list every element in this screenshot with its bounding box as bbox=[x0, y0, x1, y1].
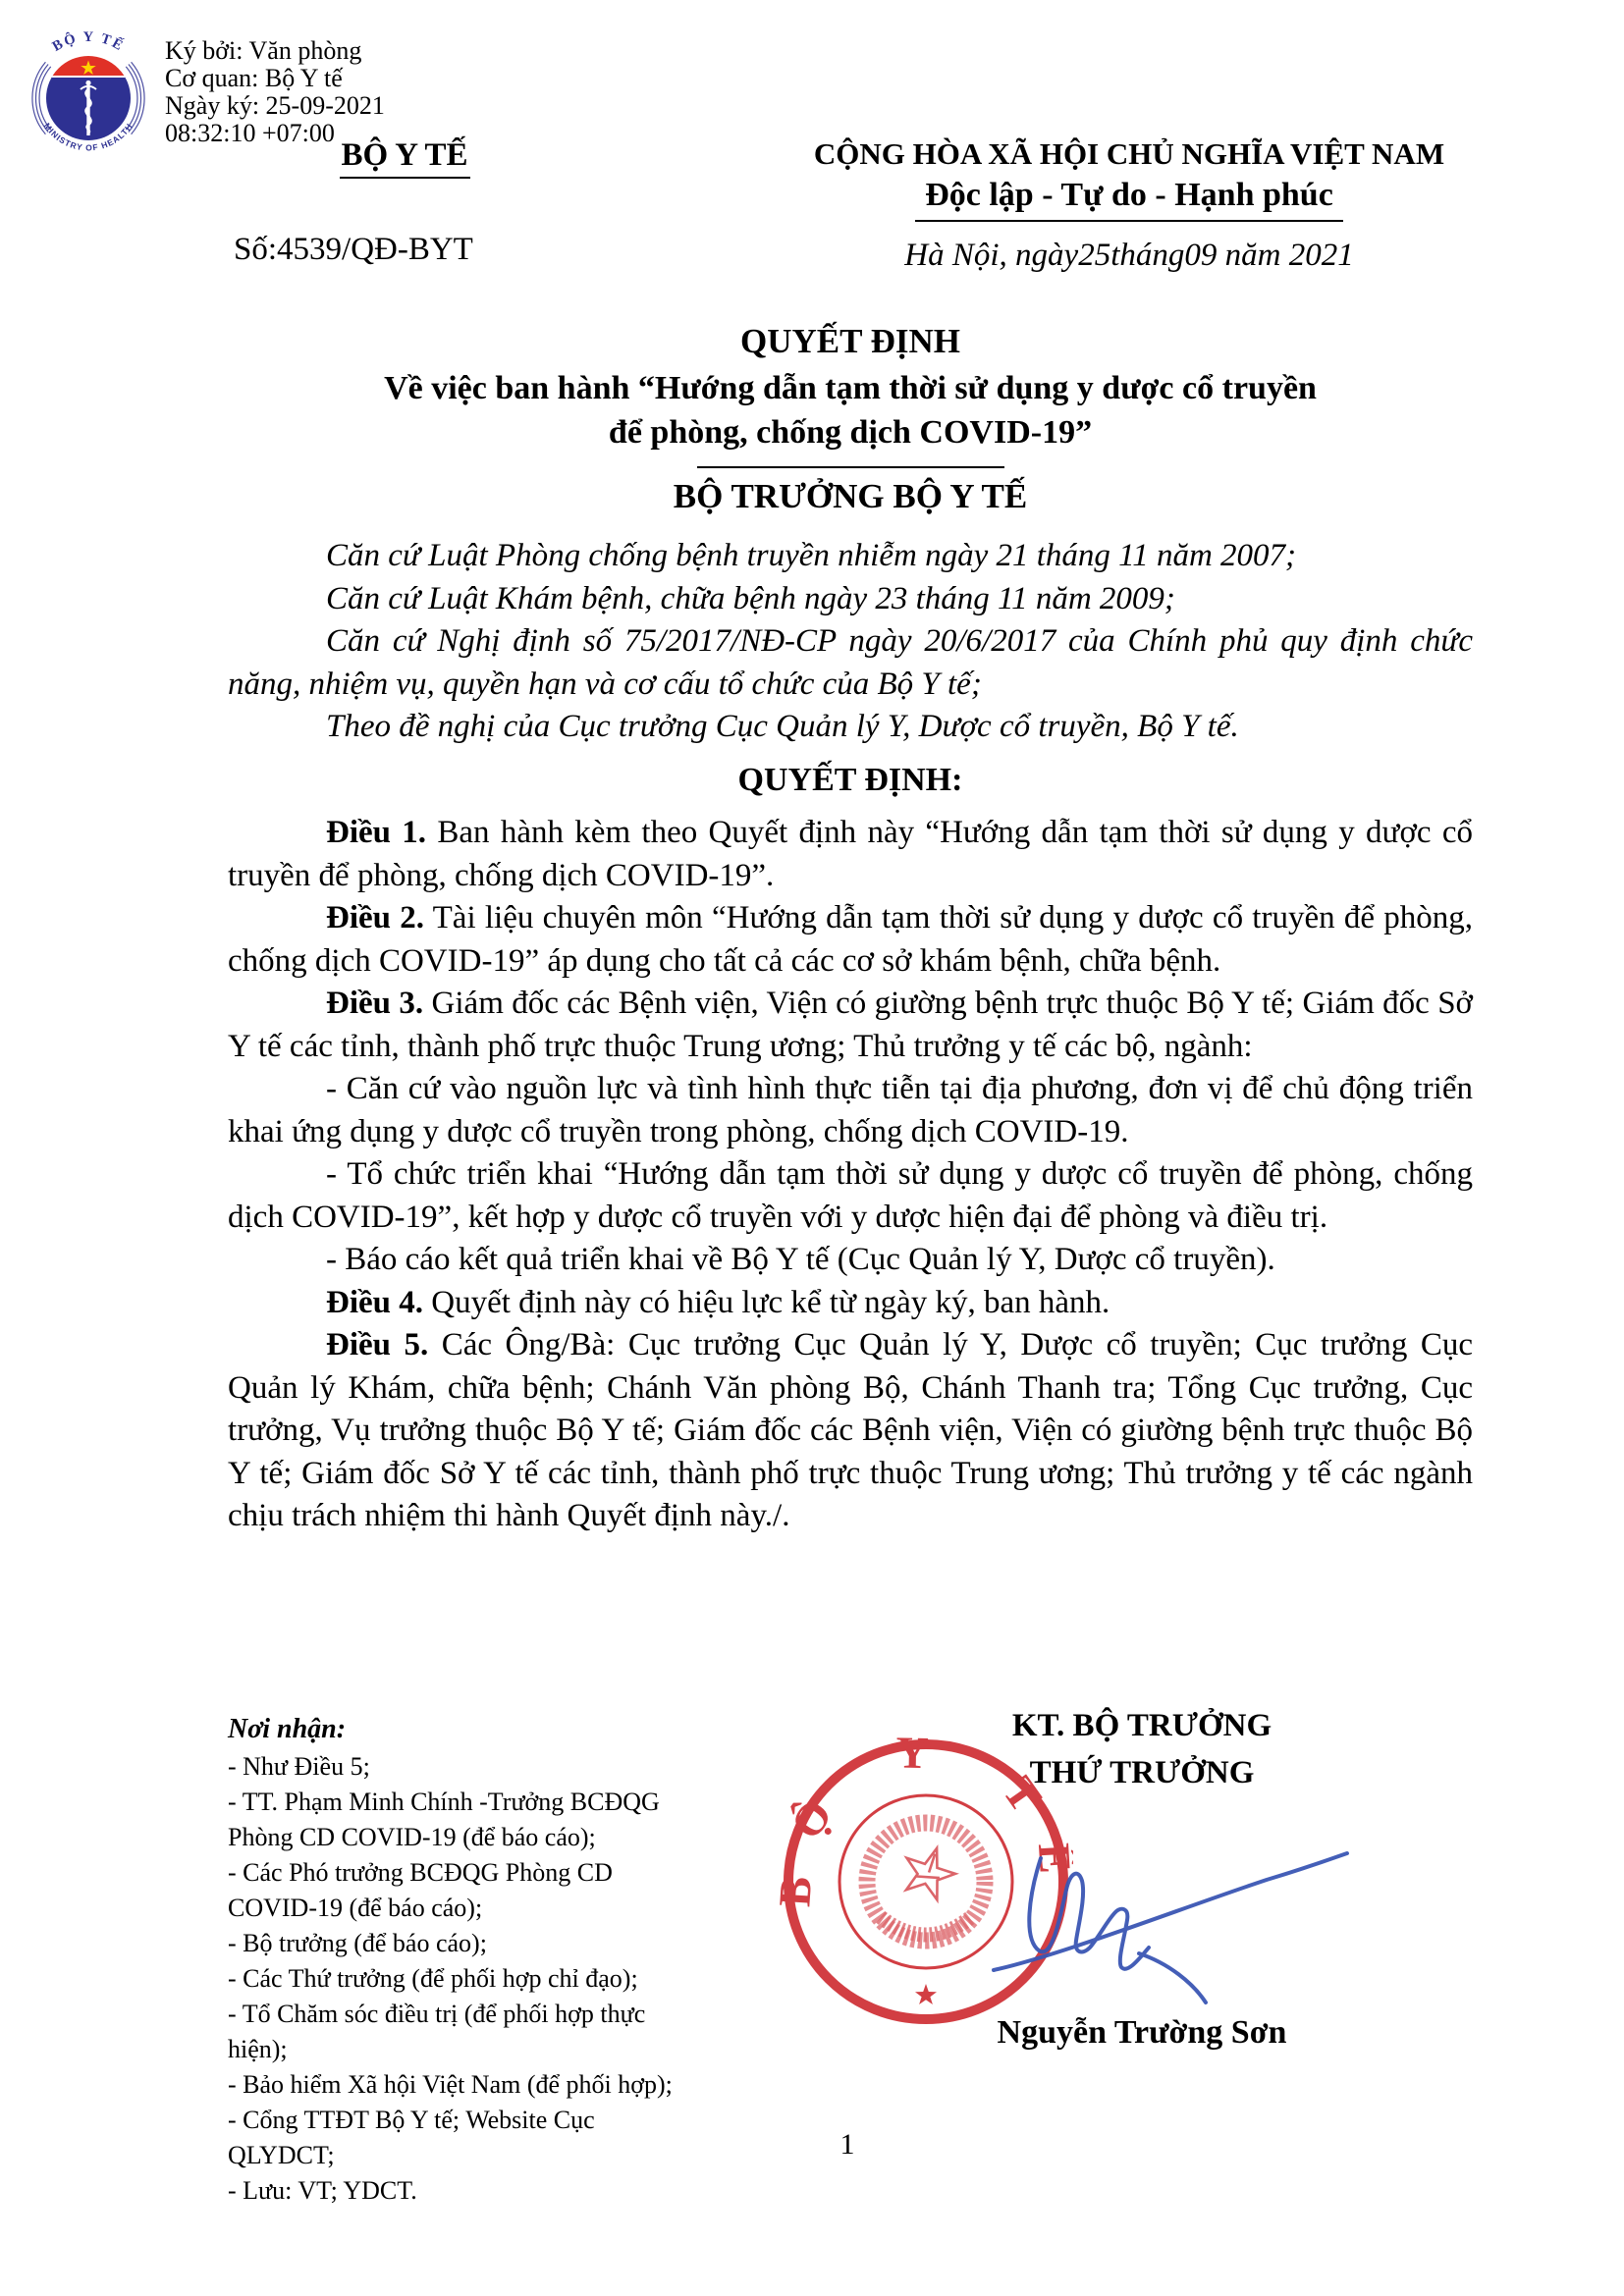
article-4: Điều 4. Quyết định này có hiệu lực kể từ… bbox=[228, 1282, 1473, 1325]
article-3: Điều 3. Giám đốc các Bệnh viện, Viện có … bbox=[228, 983, 1473, 1068]
esign-agency: Cơ quan: Bộ Y tế bbox=[165, 65, 385, 92]
document-title-block: QUYẾT ĐỊNH Về việc ban hành “Hướng dẫn t… bbox=[228, 321, 1473, 517]
recipient-item: - Bảo hiểm Xã hội Việt Nam (để phối hợp)… bbox=[228, 2067, 689, 2103]
decision-heading: QUYẾT ĐỊNH: bbox=[228, 759, 1473, 802]
recipient-item: - Các Phó trưởng BCĐQG Phòng CD COVID-19… bbox=[228, 1855, 689, 1926]
deputy-for-minister: KT. BỘ TRƯỞNG bbox=[887, 1702, 1397, 1749]
recipient-item: - TT. Phạm Minh Chính -Trưởng BCĐQG Phòn… bbox=[228, 1785, 689, 1855]
article-3-bullet: - Tổ chức triển khai “Hướng dẫn tạm thời… bbox=[228, 1153, 1473, 1239]
article-4-lead: Điều 4. bbox=[326, 1285, 423, 1320]
stamp-star-icon bbox=[915, 1984, 937, 2004]
document-subject-line2: để phòng, chống dịch COVID-19” bbox=[228, 410, 1473, 454]
recipient-item: - Như Điều 5; bbox=[228, 1749, 689, 1785]
article-1-lead: Điều 1. bbox=[326, 815, 426, 850]
document-subject-line1: Về việc ban hành “Hướng dẫn tạm thời sử … bbox=[228, 366, 1473, 410]
bullet-text: - Căn cứ vào nguồn lực và tình hình thực… bbox=[228, 1071, 1473, 1149]
preamble-paragraph: Căn cứ Luật Phòng chống bệnh truyền nhiễ… bbox=[228, 535, 1473, 578]
article-1: Điều 1. Ban hành kèm theo Quyết định này… bbox=[228, 812, 1473, 897]
national-motto: Độc lập - Tự do - Hạnh phúc bbox=[805, 177, 1453, 222]
document-number: Số:4539/QĐ-BYT bbox=[234, 232, 473, 268]
page-number: 1 bbox=[808, 2128, 887, 2162]
preamble-paragraph: Căn cứ Nghị định số 75/2017/NĐ-CP ngày 2… bbox=[228, 620, 1473, 706]
esign-date: Ngày ký: 25-09-2021 bbox=[165, 92, 385, 120]
title-divider bbox=[697, 466, 1004, 468]
digital-signature-info: Ký bởi: Văn phòng Cơ quan: Bộ Y tế Ngày … bbox=[165, 37, 385, 147]
esign-signed-by: Ký bởi: Văn phòng bbox=[165, 37, 385, 65]
ministry-of-health-logo: BỘ Y TẾ MINISTRY OF HEALTH bbox=[20, 27, 162, 165]
bullet-text: - Tổ chức triển khai “Hướng dẫn tạm thời… bbox=[228, 1156, 1473, 1235]
bullet-text: - Báo cáo kết quả triển khai về Bộ Y tế … bbox=[326, 1242, 1275, 1277]
recipients-block: Nơi nhận: - Như Điều 5; - TT. Phạm Minh … bbox=[228, 1710, 689, 2209]
national-header: CỘNG HÒA XÃ HỘI CHỦ NGHĨA VIỆT NAM Độc l… bbox=[805, 137, 1453, 274]
document-body: Căn cứ Luật Phòng chống bệnh truyền nhiễ… bbox=[228, 535, 1473, 1538]
article-3-bullet: - Báo cáo kết quả triển khai về Bộ Y tế … bbox=[228, 1239, 1473, 1282]
article-2: Điều 2. Tài liệu chuyên môn “Hướng dẫn t… bbox=[228, 897, 1473, 983]
recipient-item: - Lưu: VT; YDCT. bbox=[228, 2173, 689, 2209]
signer-title: THỨ TRƯỞNG bbox=[887, 1749, 1397, 1796]
article-5: Điều 5. Các Ông/Bà: Cục trưởng Cục Quản … bbox=[228, 1324, 1473, 1538]
recipient-item: - Các Thứ trưởng (để phối hợp chỉ đạo); bbox=[228, 1961, 689, 1997]
handwritten-signature bbox=[972, 1821, 1375, 2027]
issuing-agency-name: BỘ Y TẾ bbox=[340, 137, 470, 179]
svg-text:BỘ Y TẾ: BỘ Y TẾ bbox=[50, 29, 128, 55]
logo-top-caption: BỘ Y TẾ bbox=[50, 29, 128, 55]
national-title: CỘNG HÒA XÃ HỘI CHỦ NGHĨA VIỆT NAM bbox=[805, 137, 1453, 171]
document-kind: QUYẾT ĐỊNH bbox=[228, 321, 1473, 362]
recipient-item: - Bộ trưởng (để báo cáo); bbox=[228, 1926, 689, 1961]
signer-name: Nguyễn Trường Sơn bbox=[887, 2014, 1397, 2052]
recipients-label: Nơi nhận: bbox=[228, 1710, 689, 1749]
preamble-paragraph: Theo đề nghị của Cục trưởng Cục Quản lý … bbox=[228, 706, 1473, 749]
issuing-authority: BỘ TRƯỞNG BỘ Y TẾ bbox=[228, 476, 1473, 517]
national-motto-text: Độc lập - Tự do - Hạnh phúc bbox=[915, 177, 1343, 222]
recipient-item: - Tổ Chăm sóc điều trị (để phối hợp thực… bbox=[228, 1997, 689, 2067]
recipient-item: - Cổng TTĐT Bộ Y tế; Website Cục QLYDCT; bbox=[228, 2103, 689, 2173]
issuing-agency: BỘ Y TẾ bbox=[306, 137, 503, 179]
article-3-lead: Điều 3. bbox=[326, 986, 423, 1021]
article-3-bullet: - Căn cứ vào nguồn lực và tình hình thực… bbox=[228, 1068, 1473, 1153]
article-4-text: Quyết định này có hiệu lực kể từ ngày ký… bbox=[423, 1285, 1110, 1320]
place-and-date: Hà Nội, ngày25tháng09 năm 2021 bbox=[805, 238, 1453, 274]
preamble-paragraph: Căn cứ Luật Khám bệnh, chữa bệnh ngày 23… bbox=[228, 578, 1473, 621]
article-5-lead: Điều 5. bbox=[326, 1327, 428, 1362]
article-2-lead: Điều 2. bbox=[326, 900, 424, 935]
signing-titles: KT. BỘ TRƯỞNG THỨ TRƯỞNG bbox=[887, 1702, 1397, 1796]
